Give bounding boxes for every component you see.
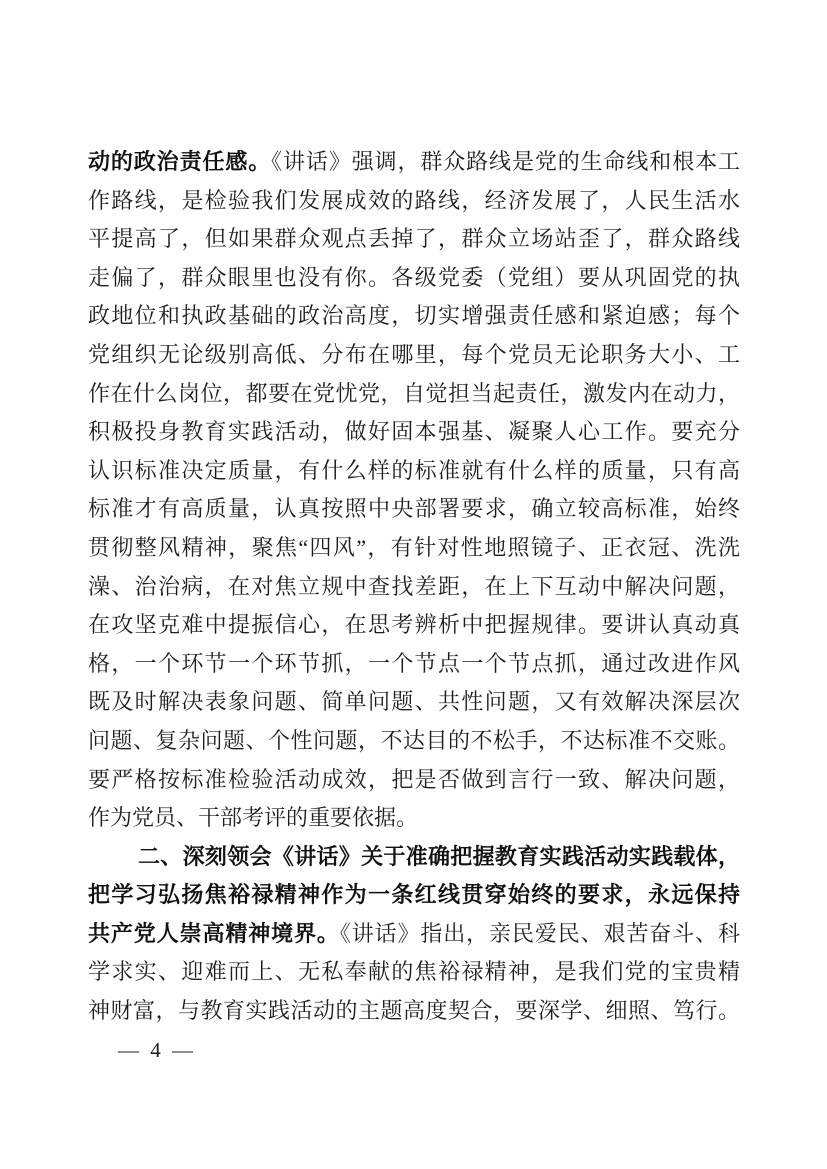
- text-line: 党组织无论级别高低、分布在哪里，每个党员无论职务大小、工: [88, 336, 740, 375]
- document-page: 动的政治责任感。《讲话》强调，群众路线是党的生命线和根本工作路线，是检验我们发展…: [0, 0, 827, 1169]
- text-line: 学求实、迎难而上、无私奉献的焦裕禄精神，是我们党的宝贵精: [88, 953, 740, 992]
- text-line: 作为党员、干部考评的重要依据。: [88, 799, 740, 838]
- text-segment: 标准才有高质量，认真按照中央部署要求，确立较高标准，始终: [88, 496, 740, 521]
- text-segment: 《讲话》强调，群众路线是党的生命线和根本工: [271, 149, 740, 174]
- text-line: 神财富，与教育实践活动的主题高度契合，要深学、细照、笃行。: [88, 992, 740, 1031]
- text-segment: 作路线，是检验我们发展成效的路线，经济发展了，人民生活水: [88, 188, 740, 213]
- text-line: 动的政治责任感。《讲话》强调，群众路线是党的生命线和根本工: [88, 143, 740, 182]
- text-line: 走偏了，群众眼里也没有你。各级党委（党组）要从巩固党的执: [88, 259, 740, 298]
- bold-text-segment: 动的政治责任感。: [88, 149, 271, 174]
- text-segment: 澡、治治病，在对焦立规中查找差距，在上下互动中解决问题，: [88, 574, 740, 599]
- text-segment: 要严格按标准检验活动成效，把是否做到言行一致、解决问题，: [88, 767, 740, 792]
- text-line: 既及时解决表象问题、简单问题、共性问题，又有效解决深层次: [88, 683, 740, 722]
- text-line: 积极投身教育实践活动，做好固本强基、凝聚人心工作。要充分: [88, 413, 740, 452]
- text-line: 认识标准决定质量，有什么样的标准就有什么样的质量，只有高: [88, 452, 740, 491]
- text-segment: 神财富，与教育实践活动的主题高度契合，要深学、细照、笃行。: [88, 998, 740, 1023]
- text-line: 作路线，是检验我们发展成效的路线，经济发展了，人民生活水: [88, 182, 740, 221]
- text-segment: 格，一个环节一个环节抓，一个节点一个节点抓，通过改进作风: [88, 651, 740, 676]
- text-segment: 贯彻整风精神，聚焦“四风”，有针对性地照镜子、正衣冠、洗洗: [88, 535, 740, 560]
- text-segment: 认识标准决定质量，有什么样的标准就有什么样的质量，只有高: [88, 458, 740, 483]
- text-segment: 政地位和执政基础的政治高度，切实增强责任感和紧迫感；每个: [88, 303, 740, 328]
- text-line: 要严格按标准检验活动成效，把是否做到言行一致、解决问题，: [88, 761, 740, 800]
- bold-text-segment: 共产党人崇高精神境界。: [88, 921, 340, 946]
- text-line: 共产党人崇高精神境界。《讲话》指出，亲民爱民、艰苦奋斗、科: [88, 915, 740, 954]
- page-number: — 4 —: [118, 1038, 196, 1063]
- text-line: 二、深刻领会《讲话》关于准确把握教育实践活动实践载体，: [88, 838, 740, 877]
- text-segment: 在攻坚克难中提振信心，在思考辨析中把握规律。要讲认真动真: [88, 612, 740, 637]
- text-line: 标准才有高质量，认真按照中央部署要求，确立较高标准，始终: [88, 490, 740, 529]
- text-line: 在攻坚克难中提振信心，在思考辨析中把握规律。要讲认真动真: [88, 606, 740, 645]
- text-segment: 作为党员、干部考评的重要依据。: [88, 805, 418, 830]
- text-block: 动的政治责任感。《讲话》强调，群众路线是党的生命线和根本工作路线，是检验我们发展…: [88, 143, 740, 1031]
- bold-text-segment: 二、深刻领会《讲话》关于准确把握教育实践活动实践载体，: [138, 844, 740, 869]
- text-segment: 走偏了，群众眼里也没有你。各级党委（党组）要从巩固党的执: [88, 265, 740, 290]
- text-line: 澡、治治病，在对焦立规中查找差距，在上下互动中解决问题，: [88, 568, 740, 607]
- text-line: 格，一个环节一个环节抓，一个节点一个节点抓，通过改进作风: [88, 645, 740, 684]
- text-segment: 既及时解决表象问题、简单问题、共性问题，又有效解决深层次: [88, 689, 740, 714]
- text-segment: 《讲话》指出，亲民爱民、艰苦奋斗、科: [340, 921, 740, 946]
- text-segment: 积极投身教育实践活动，做好固本强基、凝聚人心工作。要充分: [88, 419, 740, 444]
- text-segment: 学求实、迎难而上、无私奉献的焦裕禄精神，是我们党的宝贵精: [88, 959, 740, 984]
- text-line: 政地位和执政基础的政治高度，切实增强责任感和紧迫感；每个: [88, 297, 740, 336]
- text-segment: 党组织无论级别高低、分布在哪里，每个党员无论职务大小、工: [88, 342, 740, 367]
- text-line: 把学习弘扬焦裕禄精神作为一条红线贯穿始终的要求，永远保持: [88, 876, 740, 915]
- text-line: 作在什么岗位，都要在党忧党，自觉担当起责任，激发内在动力，: [88, 375, 740, 414]
- text-segment: 平提高了，但如果群众观点丢掉了，群众立场站歪了，群众路线: [88, 226, 740, 251]
- text-line: 平提高了，但如果群众观点丢掉了，群众立场站歪了，群众路线: [88, 220, 740, 259]
- text-line: 问题、复杂问题、个性问题，不达目的不松手，不达标准不交账。: [88, 722, 740, 761]
- bold-text-segment: 把学习弘扬焦裕禄精神作为一条红线贯穿始终的要求，永远保持: [88, 882, 740, 907]
- text-line: 贯彻整风精神，聚焦“四风”，有针对性地照镜子、正衣冠、洗洗: [88, 529, 740, 568]
- text-segment: 作在什么岗位，都要在党忧党，自觉担当起责任，激发内在动力，: [88, 381, 740, 406]
- text-segment: 问题、复杂问题、个性问题，不达目的不松手，不达标准不交账。: [88, 728, 740, 753]
